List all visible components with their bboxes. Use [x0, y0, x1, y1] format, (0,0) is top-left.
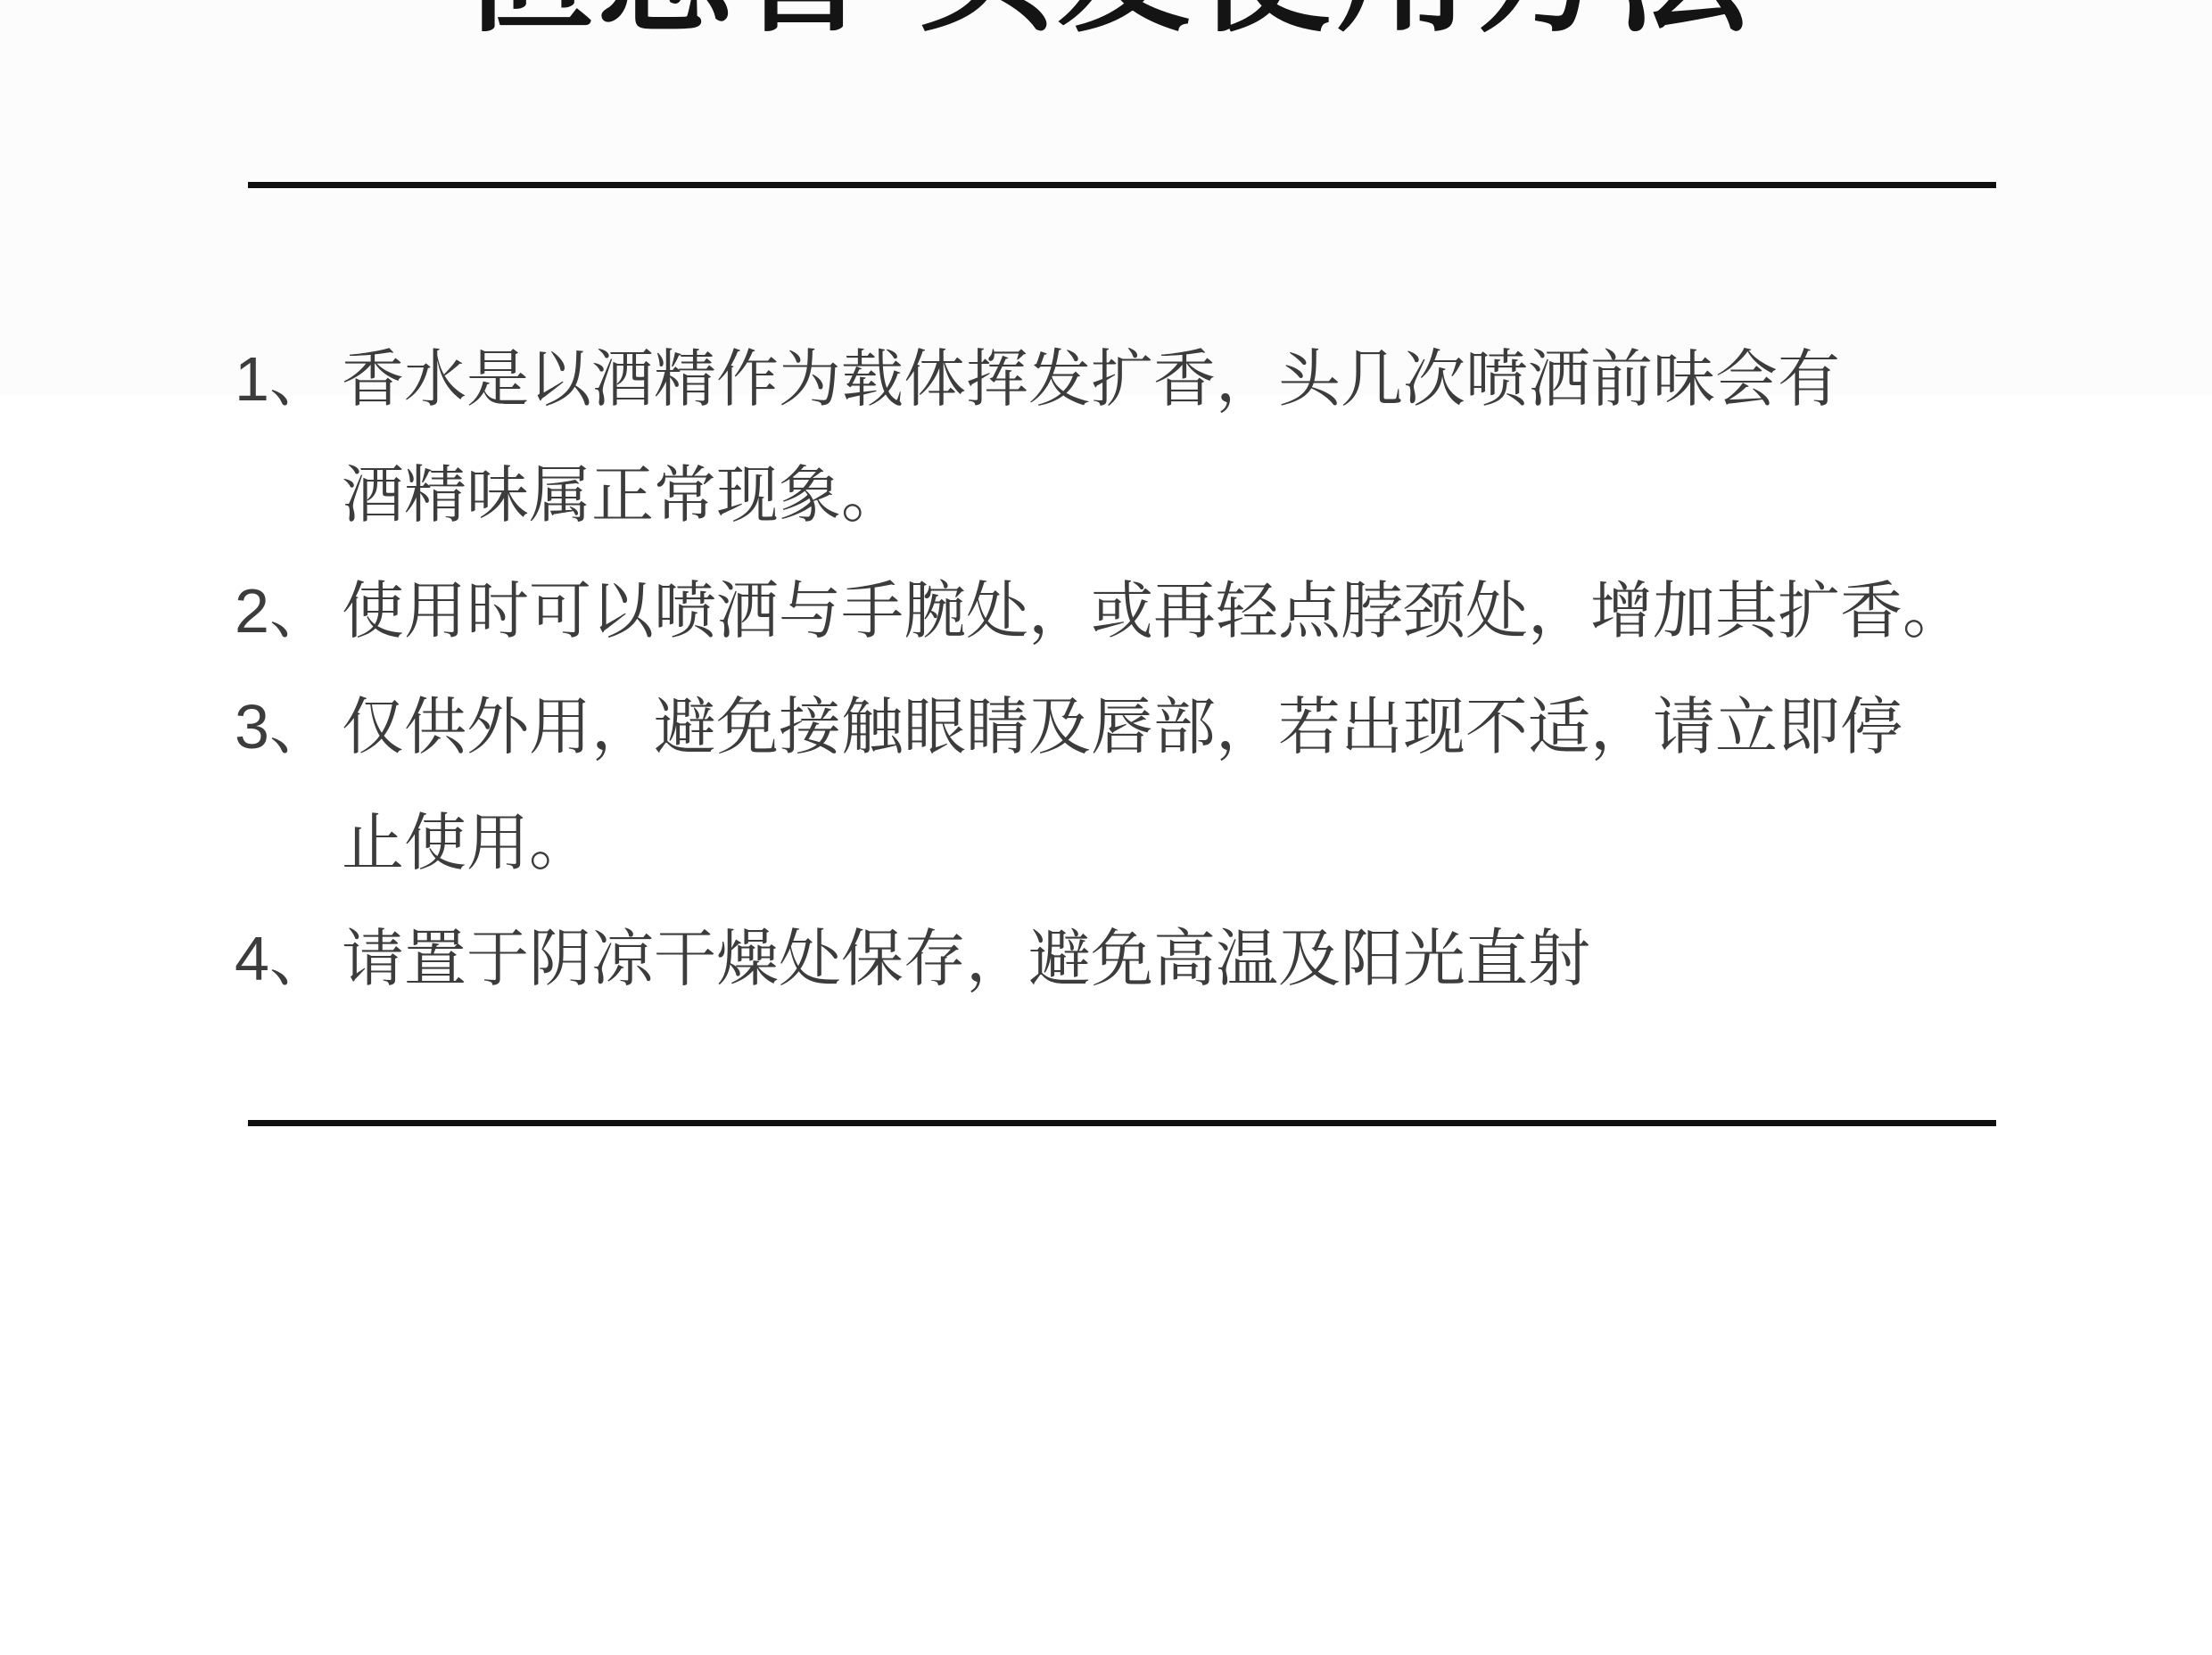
instruction-item: 2、 使用时可以喷洒与手腕处，或再轻点脖颈处，增加其扩香。	[235, 553, 2045, 669]
instruction-item: 3、 仅供外用，避免接触眼睛及唇部，若出现不适，请立即停 止使用。	[235, 669, 2045, 901]
instruction-text: 仅供外用，避免接触眼睛及唇部，若出现不适，请立即停 止使用。	[342, 669, 1902, 901]
bottom-divider	[248, 1120, 1996, 1126]
instruction-number: 1、	[235, 321, 342, 437]
page-title: 恒思香 头发使用方法	[0, 0, 2212, 39]
instructions-list: 1、 香水是以酒精作为载体挥发扩香，头几次喷洒前味会有 酒精味属正常现象。 2、…	[235, 321, 2045, 1017]
instruction-number: 2、	[235, 553, 342, 669]
instruction-text: 香水是以酒精作为载体挥发扩香，头几次喷洒前味会有 酒精味属正常现象。	[342, 321, 1840, 553]
instruction-number: 4、	[235, 901, 342, 1017]
instruction-item: 1、 香水是以酒精作为载体挥发扩香，头几次喷洒前味会有 酒精味属正常现象。	[235, 321, 2045, 553]
instruction-number: 3、	[235, 669, 342, 785]
instruction-text: 使用时可以喷洒与手腕处，或再轻点脖颈处，增加其扩香。	[342, 553, 1965, 669]
page-title-container: 恒思香 头发使用方法	[0, 0, 2212, 45]
top-divider	[248, 182, 1996, 188]
product-detail-page: 恒思香 头发使用方法 1、 香水是以酒精作为载体挥发扩香，头几次喷洒前味会有 酒…	[0, 0, 2212, 1655]
instruction-item: 4、 请置于阴凉干燥处保存，避免高温及阳光直射	[235, 901, 2045, 1017]
instruction-text: 请置于阴凉干燥处保存，避免高温及阳光直射	[342, 901, 1590, 1017]
